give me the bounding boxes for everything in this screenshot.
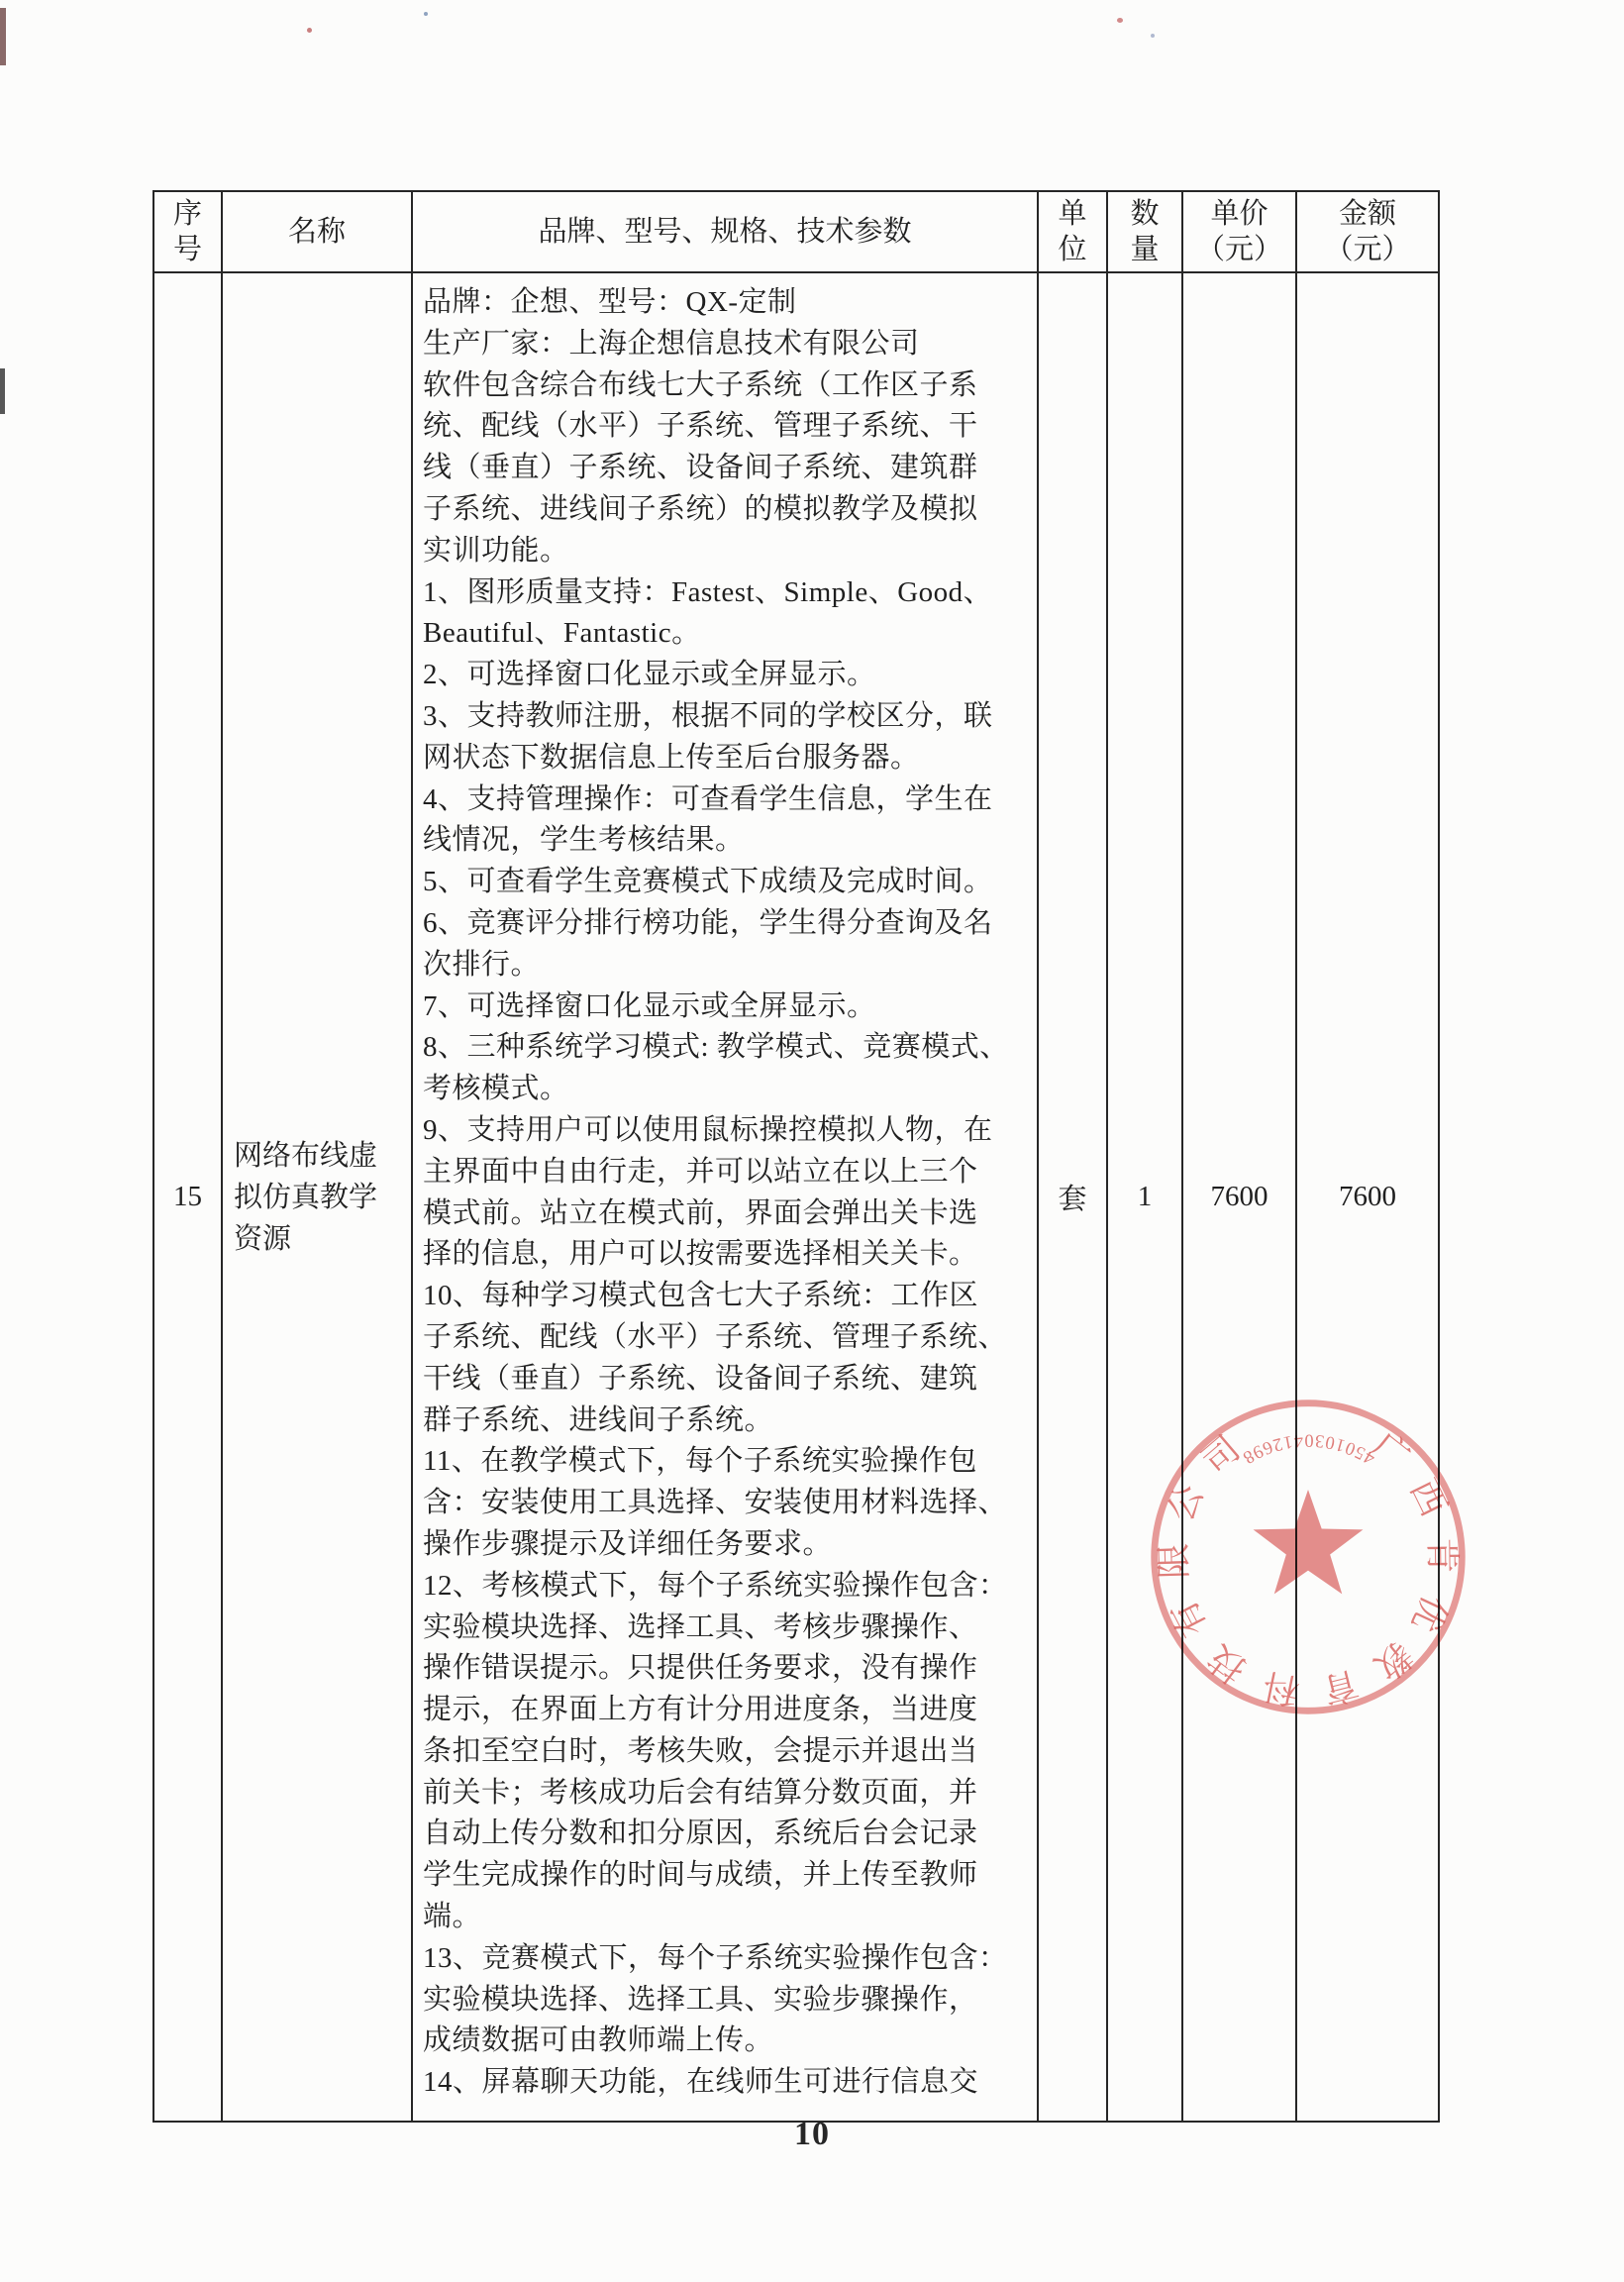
item-name: 网络布线虚 拟仿真教学 资源 (234, 1135, 410, 1260)
header-amount: 金额 （元） (1296, 191, 1439, 272)
header-unit: 单 位 (1038, 191, 1107, 272)
page-number: 10 (0, 2116, 1624, 2153)
scan-speck (307, 28, 312, 33)
company-seal: 广西肯优教育科技有限公司 4501030412698 (1145, 1394, 1472, 1720)
seal-serial-number: 4501030412698 (1238, 1431, 1377, 1469)
header-index: 序 号 (153, 191, 222, 272)
scan-artifact (0, 368, 5, 414)
cell-unit-price: 7600 (1182, 272, 1296, 2122)
cell-unit: 套 (1038, 272, 1107, 2122)
scan-speck (1117, 18, 1123, 23)
scan-artifact (0, 8, 6, 65)
document-page: 序 号 名称 品牌、型号、规格、技术参数 单 位 数 量 单价 （元） 金额 （… (0, 0, 1624, 2282)
item-amount: 7600 (1339, 1181, 1396, 1212)
items-table: 序 号 名称 品牌、型号、规格、技术参数 单 位 数 量 单价 （元） 金额 （… (152, 190, 1440, 2123)
table-row: 15 网络布线虚 拟仿真教学 资源 品牌：企想、型号：QX-定制 生产厂家：上海… (153, 272, 1439, 2122)
header-unit-price: 单价 （元） (1182, 191, 1296, 272)
header-name: 名称 (222, 191, 412, 272)
cell-amount: 7600 (1296, 272, 1439, 2122)
scan-speck (1151, 34, 1155, 38)
cell-spec: 品牌：企想、型号：QX-定制 生产厂家：上海企想信息技术有限公司 软件包含综合布… (412, 272, 1038, 2122)
cell-name: 网络布线虚 拟仿真教学 资源 (222, 272, 412, 2122)
cell-index: 15 (153, 272, 222, 2122)
scan-speck (424, 12, 428, 16)
item-index: 15 (173, 1181, 202, 1212)
header-spec: 品牌、型号、规格、技术参数 (412, 191, 1038, 272)
table-header-row: 序 号 名称 品牌、型号、规格、技术参数 单 位 数 量 单价 （元） 金额 （… (153, 191, 1439, 272)
item-unit-price: 7600 (1211, 1181, 1269, 1212)
header-qty: 数 量 (1107, 191, 1182, 272)
item-spec-text: 品牌：企想、型号：QX-定制 生产厂家：上海企想信息技术有限公司 软件包含综合布… (423, 282, 1031, 2104)
item-unit: 套 (1058, 1184, 1086, 1215)
seal-star-icon (1254, 1490, 1364, 1594)
cell-qty: 1 (1107, 272, 1182, 2122)
item-qty: 1 (1138, 1181, 1153, 1212)
